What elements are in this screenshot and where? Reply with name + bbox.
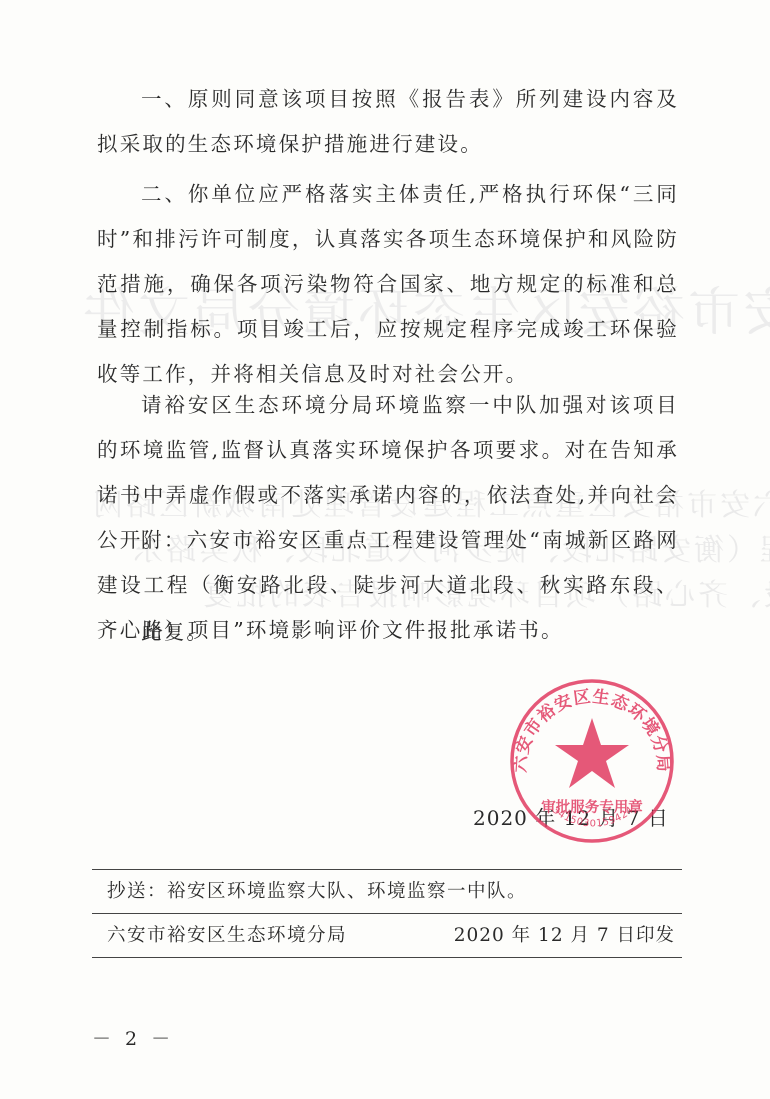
footer-divider-bottom: [92, 957, 682, 958]
issuing-authority: 六安市裕安区生态环境分局: [107, 921, 347, 947]
page-number: － 2 －: [92, 1024, 174, 1051]
seal-stamp-icon: 六安市裕安区生态环境分局 审批服务专用章 3415030159424: [507, 676, 677, 846]
official-seal: 六安市裕安区生态环境分局 审批服务专用章 3415030159424: [507, 676, 677, 846]
footer-divider-top: [92, 869, 682, 870]
issue-date: 2020 年 12 月 7 日印发: [454, 921, 675, 947]
paragraph-closing: 此复。: [97, 610, 679, 655]
footer-divider-middle: [92, 913, 682, 914]
paragraph-approval-clause-1: 一、原则同意该项目按照《报告表》所列建设内容及拟采取的生态环境保护措施进行建设。: [97, 77, 679, 167]
cc-recipients: 抄送：裕安区环境监察大队、环境监察一中队。: [107, 877, 527, 903]
paragraph-approval-clause-2: 二、你单位应严格落实主体责任,严格执行环保“三同时”和排污许可制度，认真落实各项…: [97, 172, 679, 397]
document-page: 六安市裕安区生态环境分局文件 关于六安市裕安区重点工程建设管理处南城新区路网 建…: [0, 0, 770, 1099]
